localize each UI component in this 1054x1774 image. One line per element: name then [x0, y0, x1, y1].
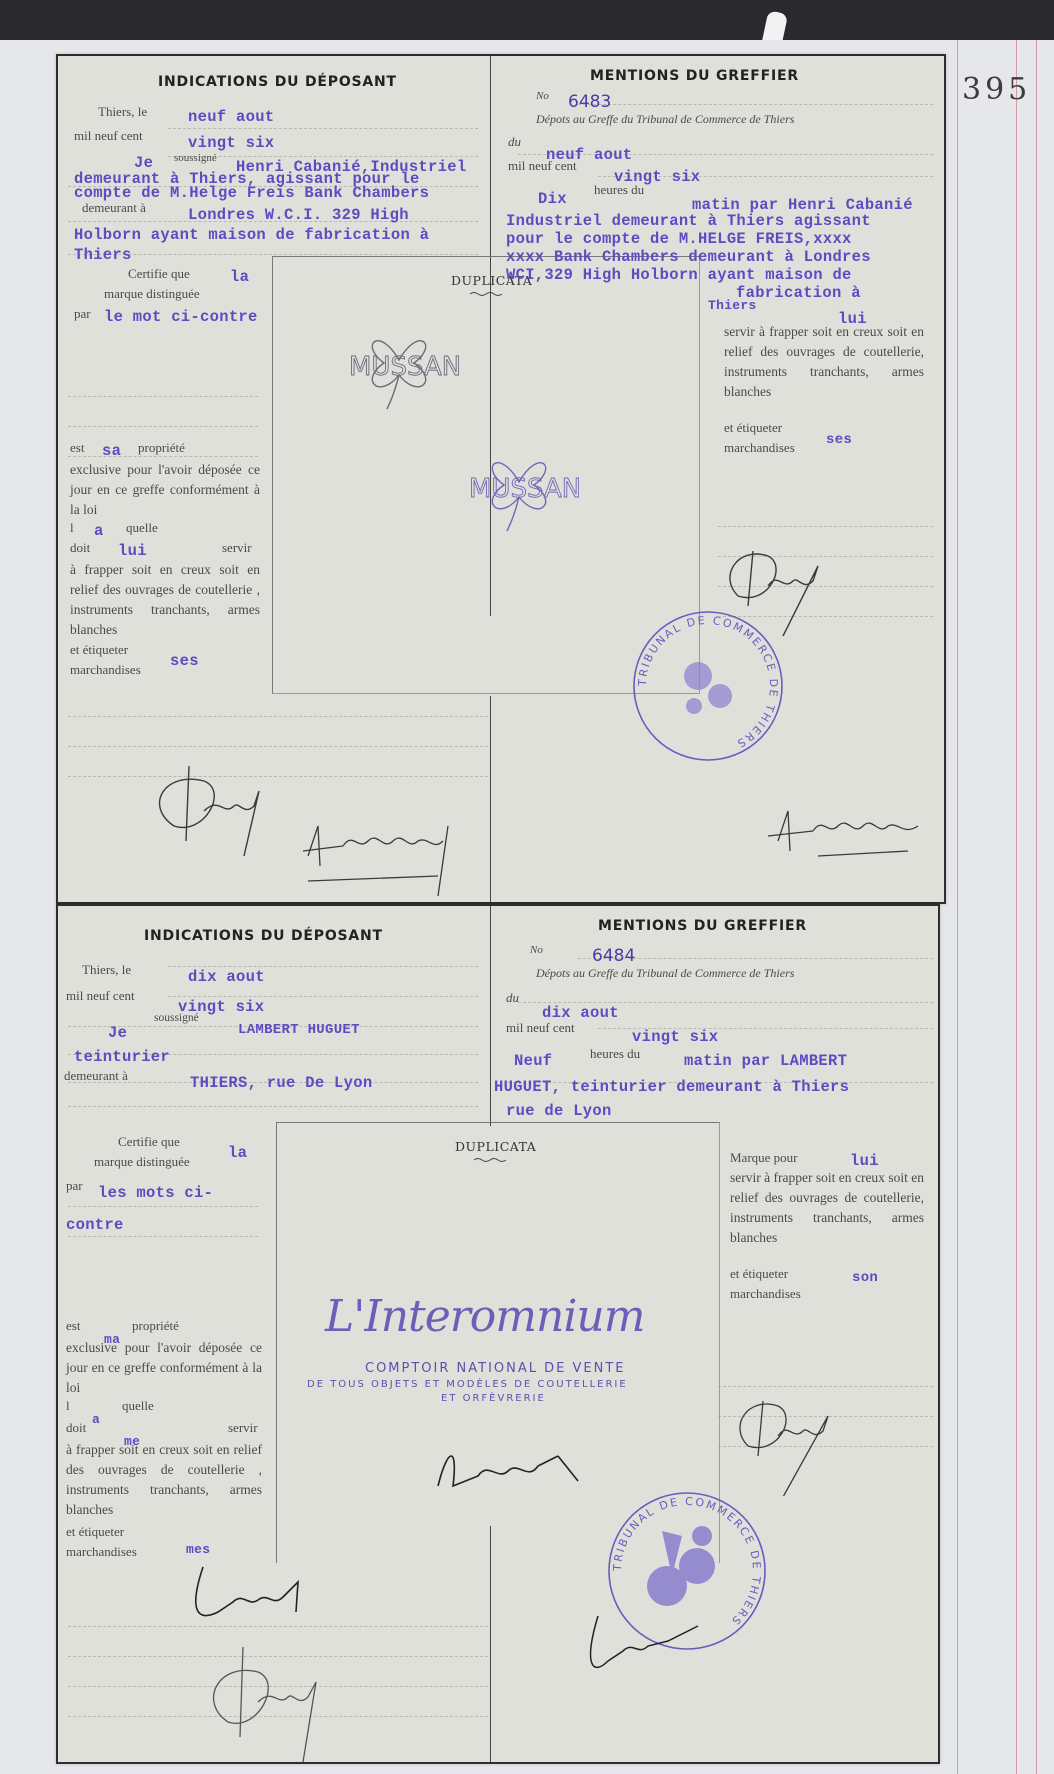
certifie-label: Certifie que — [118, 1134, 180, 1150]
deposit-form-6483: INDICATIONS DU DÉPOSANT Thiers, le neuf … — [56, 54, 946, 904]
etiqueter-label: et étiqueter — [70, 642, 128, 658]
no-label: No — [536, 90, 549, 102]
servir-label: servir — [222, 540, 252, 556]
greffe-marchandises-label: marchandises — [724, 440, 795, 456]
signature-lambert — [178, 1552, 338, 1632]
deposit-date: dix aout — [188, 968, 265, 986]
greffe-hour: Dix — [538, 190, 567, 208]
signature-roux — [188, 1642, 358, 1762]
greffe-line2: HUGUET, teinturier demeurant à Thiers — [494, 1078, 849, 1096]
trademark-script: L'Interomnium — [325, 1291, 644, 1342]
signature-roux — [718, 1386, 868, 1496]
address-line2: Holborn ayant maison de fabrication à — [74, 226, 429, 244]
signature-cabanie — [288, 806, 488, 896]
signature-roux — [708, 536, 858, 636]
no-label: No — [530, 944, 543, 956]
mark-article: la — [230, 268, 249, 286]
ornament-icon — [473, 1157, 507, 1163]
greffier-header: MENTIONS DU GREFFIER — [590, 68, 799, 84]
demeurant-label: demeurant à — [82, 200, 146, 216]
stamp-line-1: COMPTOIR NATIONAL DE VENTE — [365, 1361, 626, 1376]
margin-line — [1036, 40, 1037, 1774]
soussigne-label: soussigné — [154, 1012, 199, 1024]
stamp-line-3: ET ORFÈVRERIE — [441, 1393, 546, 1404]
greffe-line3: rue de Lyon — [506, 1102, 612, 1120]
address-line3: Thiers — [74, 246, 132, 264]
greffe-hour: Neuf — [514, 1052, 552, 1070]
clover-trademark-icon: MUSSANT — [339, 305, 459, 415]
depositor-profession: teinturier — [74, 1048, 170, 1066]
mark-designation-line2: contre — [66, 1216, 124, 1234]
column-divider — [490, 696, 491, 902]
deposit-date: neuf aout — [188, 108, 274, 126]
svg-text:MUSSANT: MUSSANT — [469, 474, 579, 504]
depositor-address: THIERS, rue De Lyon — [190, 1074, 372, 1092]
place-date-label: Thiers, le — [82, 962, 131, 978]
l-label: l — [70, 520, 74, 536]
marque-label: marque distinguée — [94, 1154, 190, 1170]
greffe-year-prefix: mil neuf cent — [508, 158, 577, 174]
par-label: par — [74, 306, 91, 322]
deposit-form-6484: INDICATIONS DU DÉPOSANT Thiers, le dix a… — [56, 904, 940, 1764]
margin-line — [1016, 40, 1017, 1774]
deposant-header: INDICATIONS DU DÉPOSANT — [158, 74, 397, 90]
pronoun: lui — [118, 542, 147, 560]
mark-article: la — [228, 1144, 247, 1162]
doit-label: doit — [66, 1420, 86, 1436]
est-label: est — [70, 440, 84, 456]
goods-possessive: ses — [170, 652, 199, 670]
greffe-line5: WCI,329 High Holborn ayant maison de — [506, 266, 852, 284]
servir-label: servir — [228, 1420, 258, 1436]
heures-du-label: heures du — [590, 1046, 640, 1062]
possessive: sa — [102, 442, 121, 460]
demeurant-label: demeurant à — [64, 1068, 128, 1084]
propriete-label: propriété — [132, 1318, 179, 1334]
etiqueter-label: et étiqueter — [66, 1524, 124, 1540]
svg-text:MUSSANT: MUSSANT — [349, 352, 459, 382]
greffe-etiqueter-label: et étiqueter — [724, 420, 782, 436]
par-label: par — [66, 1178, 83, 1194]
mark-designation: le mot ci-contre — [104, 308, 258, 326]
greffe-marchandises-label: marchandises — [730, 1286, 801, 1302]
greffe-etiqueter-label: et étiqueter — [730, 1266, 788, 1282]
greffier-header: MENTIONS DU GREFFIER — [598, 918, 807, 934]
marchandises-label: marchandises — [70, 662, 141, 678]
greffe-line4: xxxx Bank Chambers demeurant à Londres — [506, 248, 871, 266]
column-divider — [490, 906, 491, 1126]
a-letter: a — [92, 1412, 100, 1427]
marque-pour-label: Marque pour — [730, 1150, 798, 1166]
duplicata-title: DUPLICATA — [455, 1139, 536, 1154]
deposit-number: 6484 — [592, 946, 635, 966]
heures-du-label: heures du — [594, 182, 644, 198]
signature-lambert — [418, 1426, 588, 1506]
greffe-line3: pour le compte de M.HELGE FREIS,xxxx — [506, 230, 852, 248]
l-label: l — [66, 1398, 70, 1414]
je-text: Je — [108, 1024, 127, 1042]
greffe-usage-text: servir à frapper soit en creux soit en r… — [730, 1168, 924, 1248]
signature-lambert — [578, 1606, 718, 1686]
doit-label: doit — [70, 540, 90, 556]
deposit-number: 6483 — [568, 92, 611, 112]
usage-text: à frapper soit en creux soit en relief d… — [70, 560, 260, 640]
exclusive-text: exclusive pour l'avoir déposée ce jour e… — [70, 460, 260, 520]
depositor-name: LAMBERT HUGUET — [238, 1022, 360, 1038]
du-label: du — [506, 990, 519, 1006]
propriete-label: propriété — [138, 440, 185, 456]
page-number: 395 — [962, 72, 1031, 107]
greffe-line7: Thiers — [708, 298, 757, 313]
mark-designation-line1: les mots ci- — [98, 1184, 213, 1202]
place-date-label: Thiers, le — [98, 104, 147, 120]
address-line1: Londres W.C.I. 329 High — [188, 206, 409, 224]
usage-text: à frapper soit en creux soit en relief d… — [66, 1440, 262, 1520]
marque-label: marque distinguée — [104, 286, 200, 302]
greffe-year-prefix: mil neuf cent — [506, 1020, 575, 1036]
signature-roux — [134, 756, 304, 866]
exclusive-text: exclusive pour l'avoir déposée ce jour e… — [66, 1338, 262, 1398]
year-prefix-label: mil neuf cent — [66, 988, 135, 1004]
clover-trademark-icon: MUSSANT — [459, 427, 579, 537]
deposit-year: vingt six — [188, 134, 274, 152]
est-label: est — [66, 1318, 80, 1334]
greffe-line2: Industriel demeurant à Thiers agissant — [506, 212, 871, 230]
a-letter: a — [94, 522, 104, 540]
greffe-usage-text: servir à frapper soit en creux soit en r… — [724, 322, 924, 402]
quelle-label: quelle — [126, 520, 158, 536]
depots-label: Dépots au Greffe du Tribunal de Commerce… — [536, 112, 794, 127]
margin-line — [957, 40, 958, 1774]
signature-cabanie — [758, 796, 938, 866]
depots-label: Dépots au Greffe du Tribunal de Commerce… — [536, 966, 794, 981]
ornament-icon — [469, 291, 503, 297]
year-prefix-label: mil neuf cent — [74, 128, 143, 144]
greffe-goods-possessive: son — [852, 1270, 878, 1286]
du-label: du — [508, 134, 521, 150]
greffe-goods-possessive: ses — [826, 432, 852, 448]
greffe-year: vingt six — [632, 1028, 718, 1046]
quelle-label: quelle — [122, 1398, 154, 1414]
greffe-line1: matin par LAMBERT — [684, 1052, 847, 1070]
soussigne-label: soussigné — [174, 152, 217, 164]
certifie-label: Certifie que — [128, 266, 190, 282]
stamp-line-2: DE TOUS OBJETS ET MODÈLES DE COUTELLERIE — [307, 1379, 628, 1390]
marchandises-label: marchandises — [66, 1544, 137, 1560]
deposant-header: INDICATIONS DU DÉPOSANT — [144, 928, 383, 944]
